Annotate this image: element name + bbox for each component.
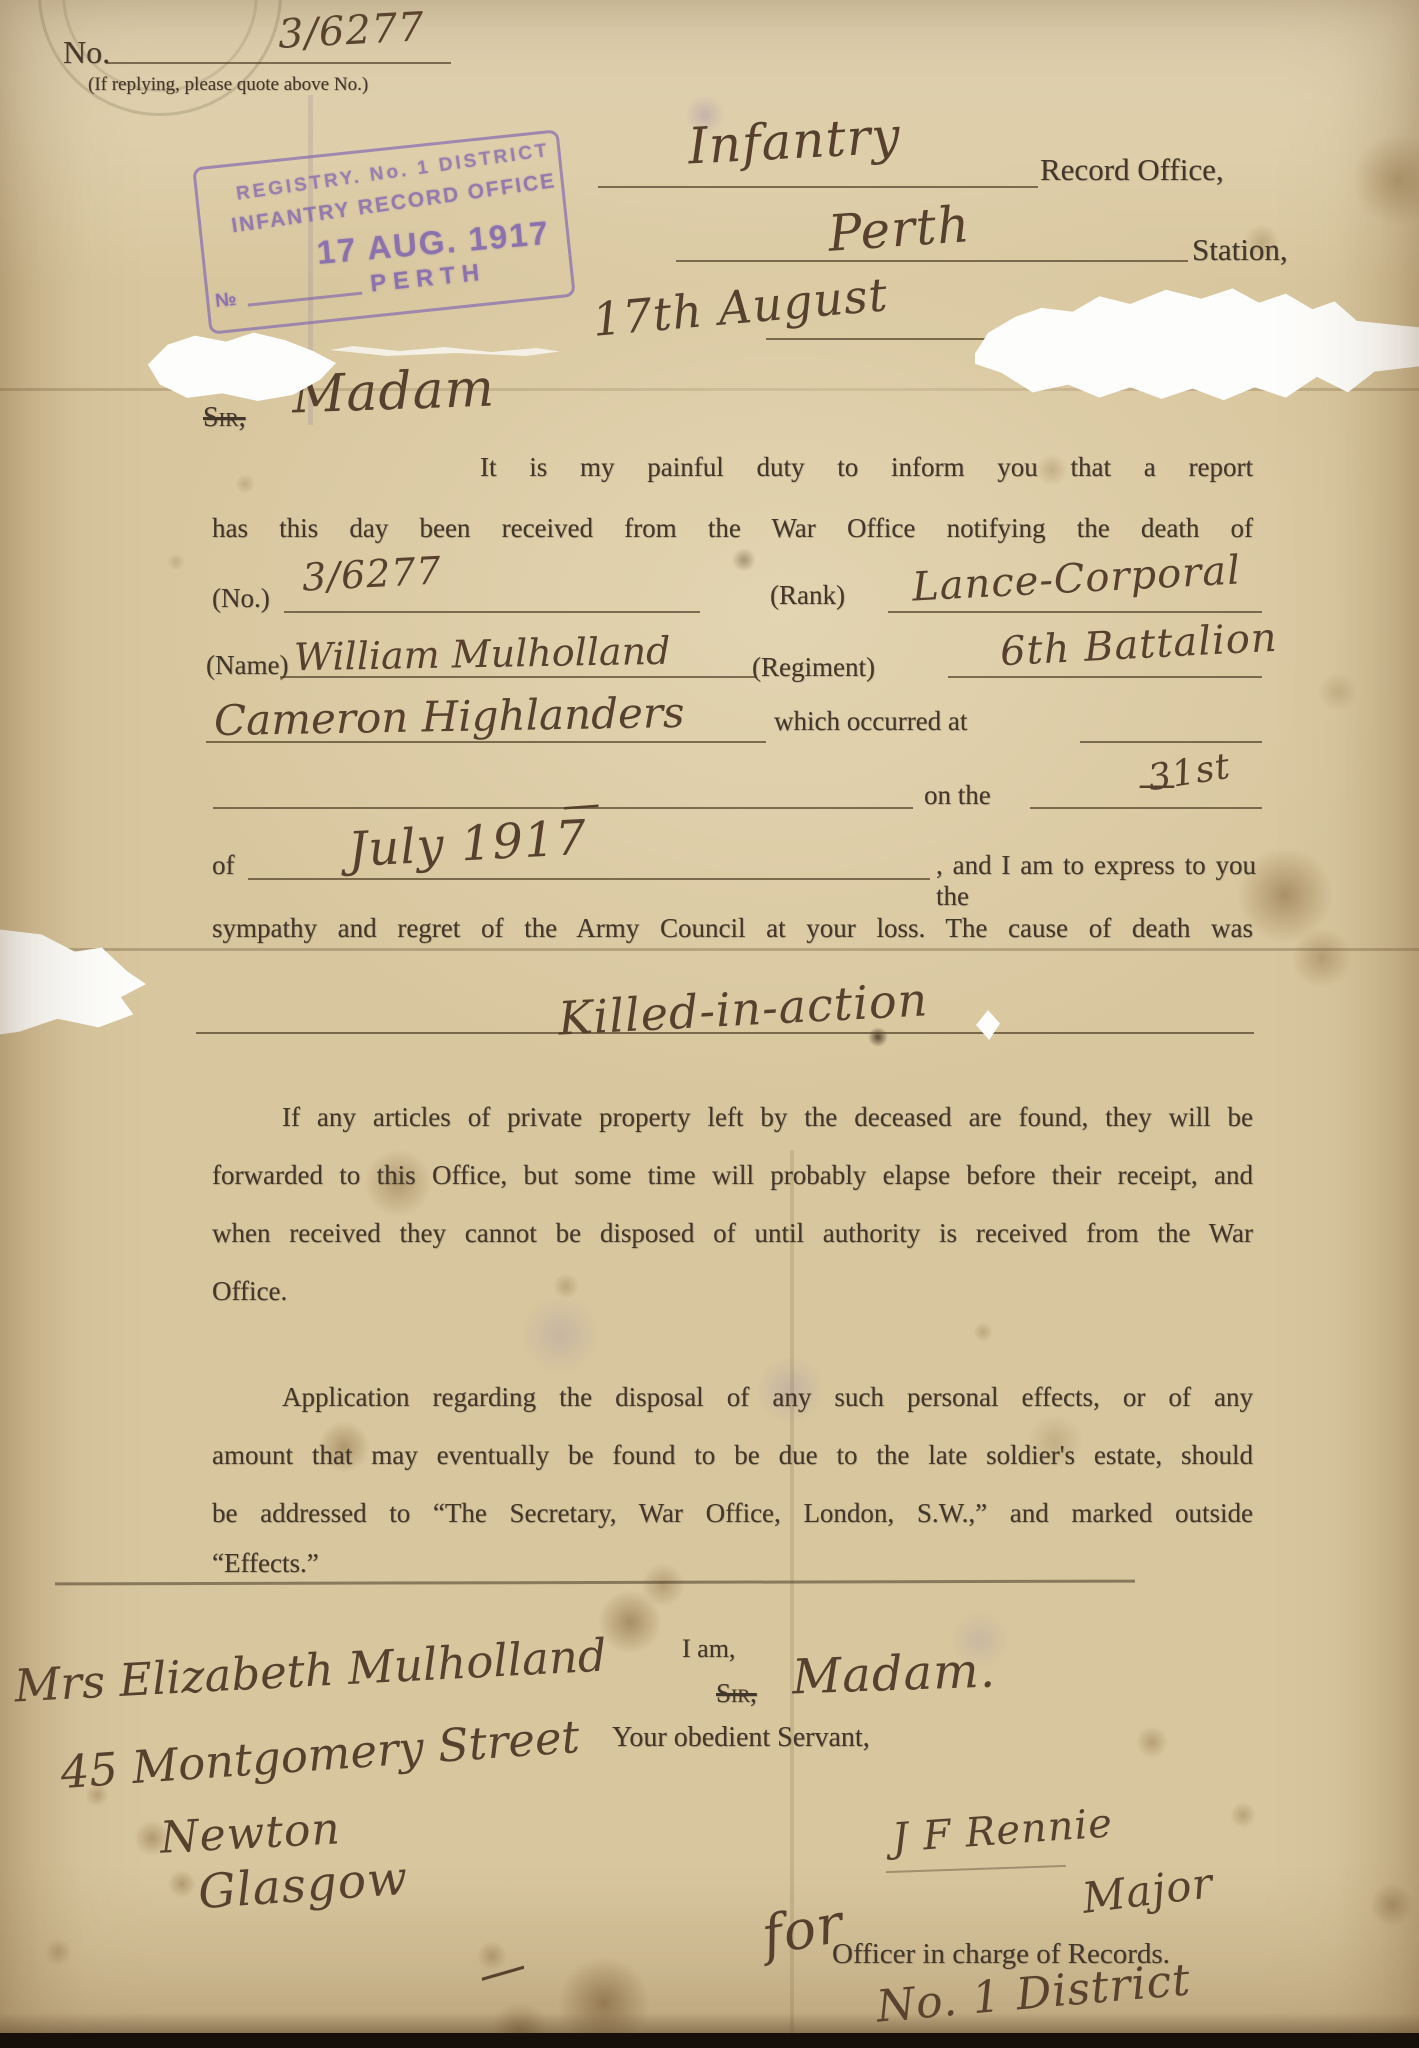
recipient-city: Glasgow [196, 1851, 410, 1921]
express-text: , and I am to express to you the [936, 850, 1256, 912]
rank-field-underline [888, 611, 1262, 613]
date-value: 17th August [590, 267, 890, 347]
regiment-field-label: (Regiment) [752, 652, 875, 683]
i-am-text: I am, [682, 1634, 735, 1664]
torn-sliver [330, 346, 560, 356]
servant-text: Your obedient Servant, [612, 1722, 870, 1754]
closing-handwritten: Madam. [791, 1642, 997, 1705]
cause-of-death-value: Killed-in-action [557, 972, 930, 1045]
signature-flourish-line [886, 1865, 1066, 1873]
no-field-label: (No.) [212, 583, 270, 614]
name-field-value: William Mulholland [294, 629, 671, 680]
record-office-underline [598, 186, 1038, 188]
station-label: Station, [1192, 232, 1288, 268]
signature-value: J F Rennie [891, 1800, 1115, 1861]
place-row-underline [213, 807, 913, 809]
month-year-value: July 1917 [347, 810, 589, 878]
rank-field-value: Lance-Corporal [911, 547, 1242, 610]
name-field-underline [280, 676, 756, 678]
sympathy-line: sympathy and regret of the Army Council … [212, 913, 1253, 944]
name-field-label: (Name) [206, 650, 288, 681]
record-office-label: Record Office, [1040, 152, 1224, 188]
recipient-flourish: — [471, 1936, 534, 2003]
body-line: “Effects.” [212, 1548, 319, 1579]
number-value: 3/6277 [277, 4, 426, 58]
stamp-no-line [248, 292, 363, 307]
body-line: be addressed to “The Secretary, War Offi… [212, 1498, 1253, 1529]
recipient-town: Newton [159, 1803, 342, 1863]
occurred-label: which occurred at [774, 706, 967, 737]
cause-underline [196, 1032, 1254, 1034]
body-line: when received they cannot be disposed of… [212, 1218, 1253, 1249]
body-line: amount that may eventually be found to b… [212, 1440, 1253, 1471]
regiment-line2-underline [206, 741, 766, 743]
recipient-name: Mrs Elizabeth Mulholland [13, 1629, 608, 1713]
reply-note: (If replying, please quote above No.) [88, 74, 368, 96]
body-line: Office. [212, 1276, 287, 1307]
occurred-underline [1080, 741, 1262, 743]
station-underline [676, 260, 1188, 262]
salutation-struck: Sir, [203, 402, 246, 434]
letter-document: No. 3/6277 (If replying, please quote ab… [0, 0, 1419, 2048]
no-field-underline [284, 611, 700, 613]
closing-struck: Sir, [716, 1678, 757, 1709]
registry-stamp: REGISTRY. No. 1 DISTRICT INFANTRY RECORD… [192, 129, 576, 335]
number-underline [106, 62, 451, 64]
signer-rank-value: Major [1080, 1858, 1216, 1923]
of-label: of [212, 850, 235, 881]
stamp-no-symbol: № [214, 289, 237, 313]
regiment-value-line2: Cameron Highlanders [214, 688, 685, 745]
body-line: It is my painful duty to inform you that… [480, 452, 1253, 483]
rank-field-label: (Rank) [770, 580, 845, 611]
torn-hole-small [976, 1010, 1000, 1040]
on-the-label: on the [924, 780, 991, 811]
body-line: forwarded to this Office, but some time … [212, 1160, 1253, 1191]
body-line: Application regarding the disposal of an… [282, 1382, 1253, 1413]
scan-background-strip [0, 2033, 1419, 2048]
number-label: No. [63, 34, 110, 71]
bottom-edge-shadow [0, 2013, 1419, 2035]
no-field-value: 3/6277 [301, 548, 443, 599]
record-office-value: Infantry [687, 106, 902, 175]
date-day-value: 31st [1145, 746, 1233, 799]
fold-line [55, 1580, 1135, 1586]
station-value: Perth [826, 195, 972, 263]
body-line: has this day been received from the War … [212, 513, 1253, 544]
torn-hole-right [975, 278, 1419, 408]
fold-line [0, 948, 1419, 951]
recipient-street: 45 Montgomery Street [59, 1710, 581, 1799]
torn-hole-left-edge [0, 928, 146, 1036]
of-row-underline [248, 878, 930, 880]
body-line: If any articles of private property left… [282, 1102, 1253, 1133]
regiment-field-underline [948, 676, 1262, 678]
regiment-field-value: 6th Battalion [999, 615, 1279, 675]
on-the-underline [1030, 807, 1262, 809]
